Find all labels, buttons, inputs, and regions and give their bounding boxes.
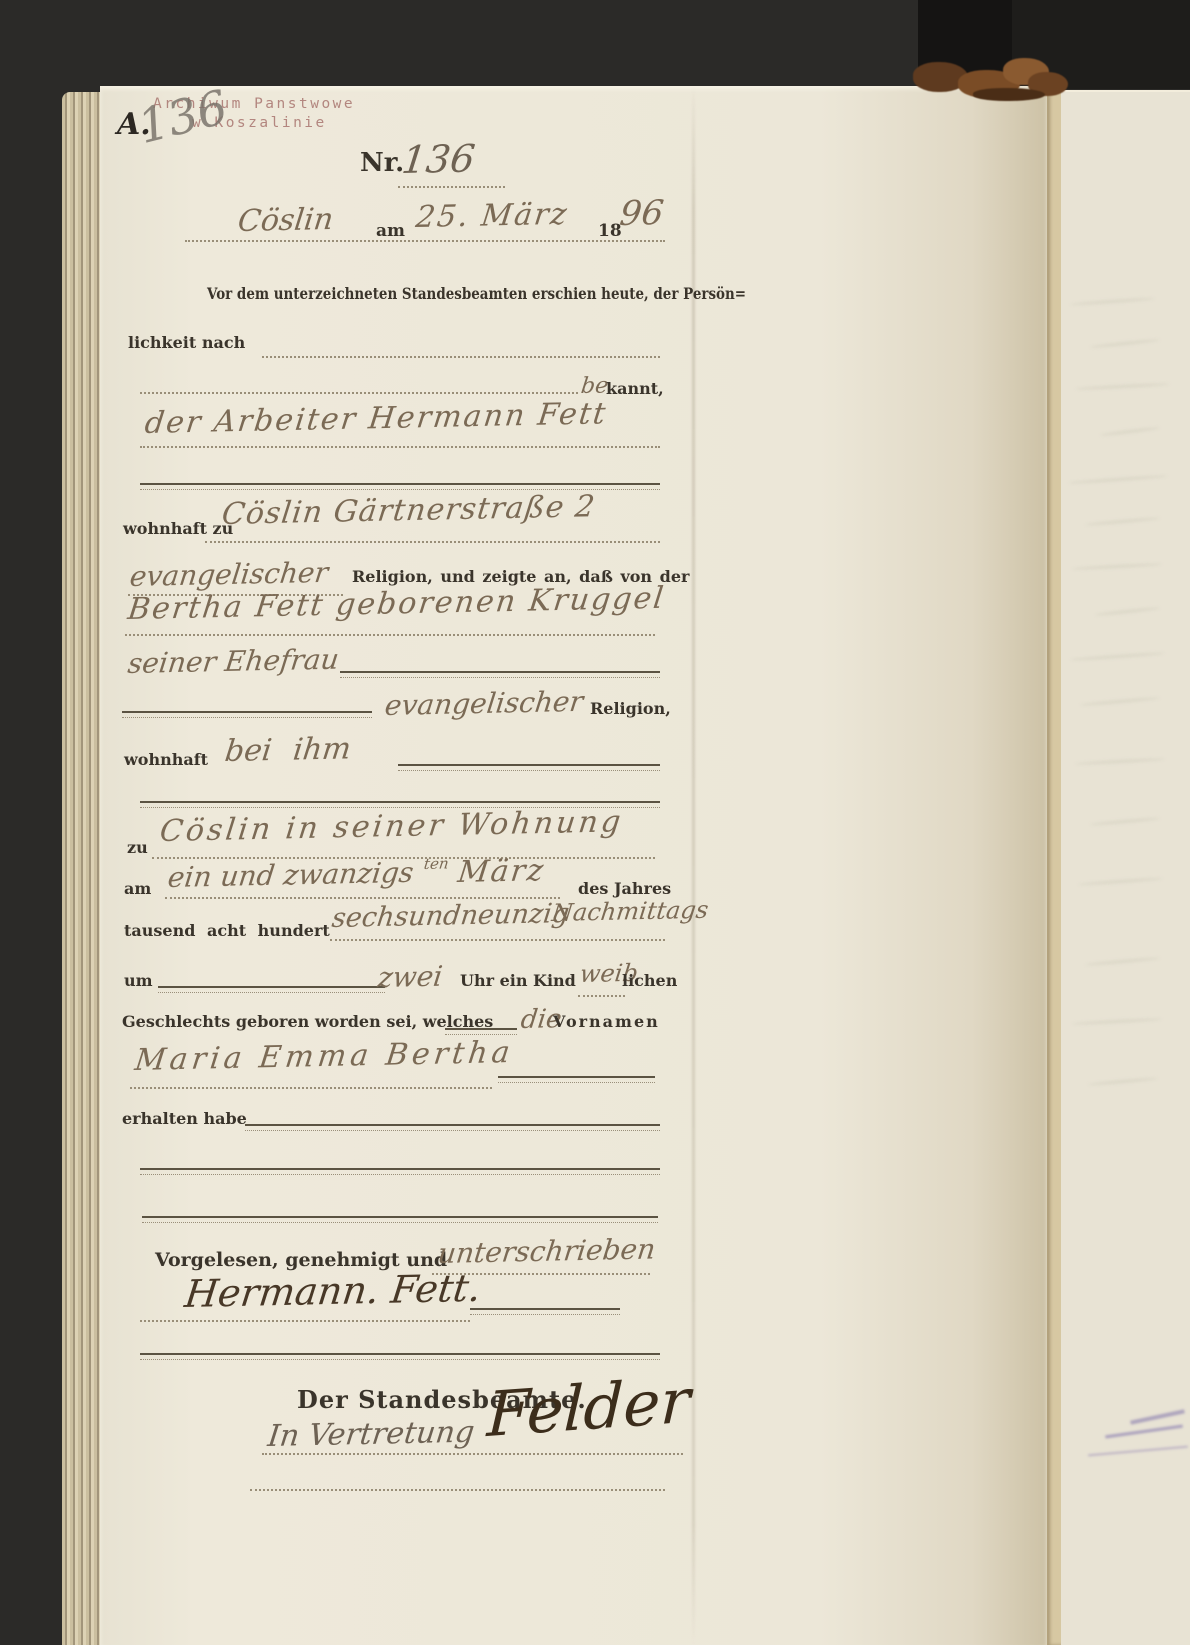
time-label: um: [124, 971, 153, 990]
residence-label: wohnhaft zu: [123, 519, 233, 538]
rule: [140, 446, 660, 448]
rule: [398, 186, 505, 188]
rule: [185, 240, 665, 242]
birthday-label: am: [124, 879, 151, 898]
hour-entry: zwei: [376, 960, 444, 994]
rule: [250, 1489, 665, 1491]
rule: [122, 711, 372, 718]
sex-line-printed: Geschlechts geboren worden sei, welches: [122, 1012, 493, 1031]
rule: [578, 995, 625, 997]
religion-entry: evangelischer: [128, 556, 330, 593]
scanned-book-photo: Archiwum Panstwowe w Koszalinie A. 136 N…: [0, 0, 1190, 1645]
rule: [262, 1453, 683, 1455]
religion2-printed: Religion,: [590, 699, 671, 718]
received-label: erhalten habe: [122, 1109, 247, 1128]
intro-line1: Vor dem unterzeichneten Standesbeamten e…: [207, 284, 746, 303]
rule: [140, 1353, 660, 1360]
birthday-ordinal-sup: ten: [423, 854, 450, 873]
rule: [262, 356, 660, 358]
signed-entry: unterschrieben: [436, 1232, 657, 1270]
religion2-entry: evangelischer: [383, 685, 585, 722]
rule: [205, 541, 660, 543]
date-entry: 25. März: [414, 197, 571, 235]
year-entry: 96: [618, 193, 666, 234]
birthmonth-entry: März: [456, 853, 547, 890]
rule: [125, 634, 655, 636]
leather-debris: [973, 88, 1045, 101]
rule: [398, 764, 660, 771]
vornamen-label: Vornamen: [553, 1012, 660, 1031]
birthplace-label: zu: [127, 838, 148, 857]
page-stack-edges: [62, 92, 102, 1645]
year-words-printed: tausend acht hundert: [124, 921, 330, 940]
rule: [245, 1124, 660, 1131]
record-number-value: 136: [399, 136, 477, 182]
residence2-entry: bei ihm: [223, 731, 353, 769]
intro-line2: lichkeit nach: [128, 333, 245, 352]
rule: [330, 939, 665, 941]
book-gutter: [1047, 88, 1062, 1645]
gender-printed: lichen: [622, 971, 677, 990]
record-number-label: Nr.: [360, 148, 404, 178]
rule: [140, 392, 578, 394]
rule: [498, 1076, 655, 1083]
rule: [340, 671, 660, 678]
known-printed: kannt,: [606, 379, 664, 398]
residence2-label: wohnhaft: [124, 750, 208, 769]
rule: [158, 986, 385, 993]
page-fold-crease: [692, 86, 695, 1645]
birthday-entry: ein und zwanzigs: [166, 856, 415, 894]
deputy-entry: In Vertretung: [266, 1415, 477, 1454]
daytime-entry: Nachmittags: [550, 896, 710, 927]
rule: [142, 1216, 658, 1223]
relation-entry: seiner Ehefrau: [126, 643, 341, 680]
year-label: des Jahres: [578, 879, 671, 898]
rule: [130, 1087, 492, 1089]
place-entry: Cöslin: [236, 202, 335, 239]
registrar-signature: Felder: [486, 1364, 692, 1451]
am-label: am: [376, 221, 405, 241]
declarant-signature: Hermann. Fett.: [182, 1266, 483, 1316]
rule: [445, 1028, 517, 1035]
rule: [140, 1168, 660, 1175]
year-words-entry: sechsundneunzig: [330, 898, 571, 934]
rule: [470, 1308, 620, 1315]
rule: [140, 1320, 470, 1322]
uhr-ein-kind-printed: Uhr ein Kind: [460, 971, 576, 990]
